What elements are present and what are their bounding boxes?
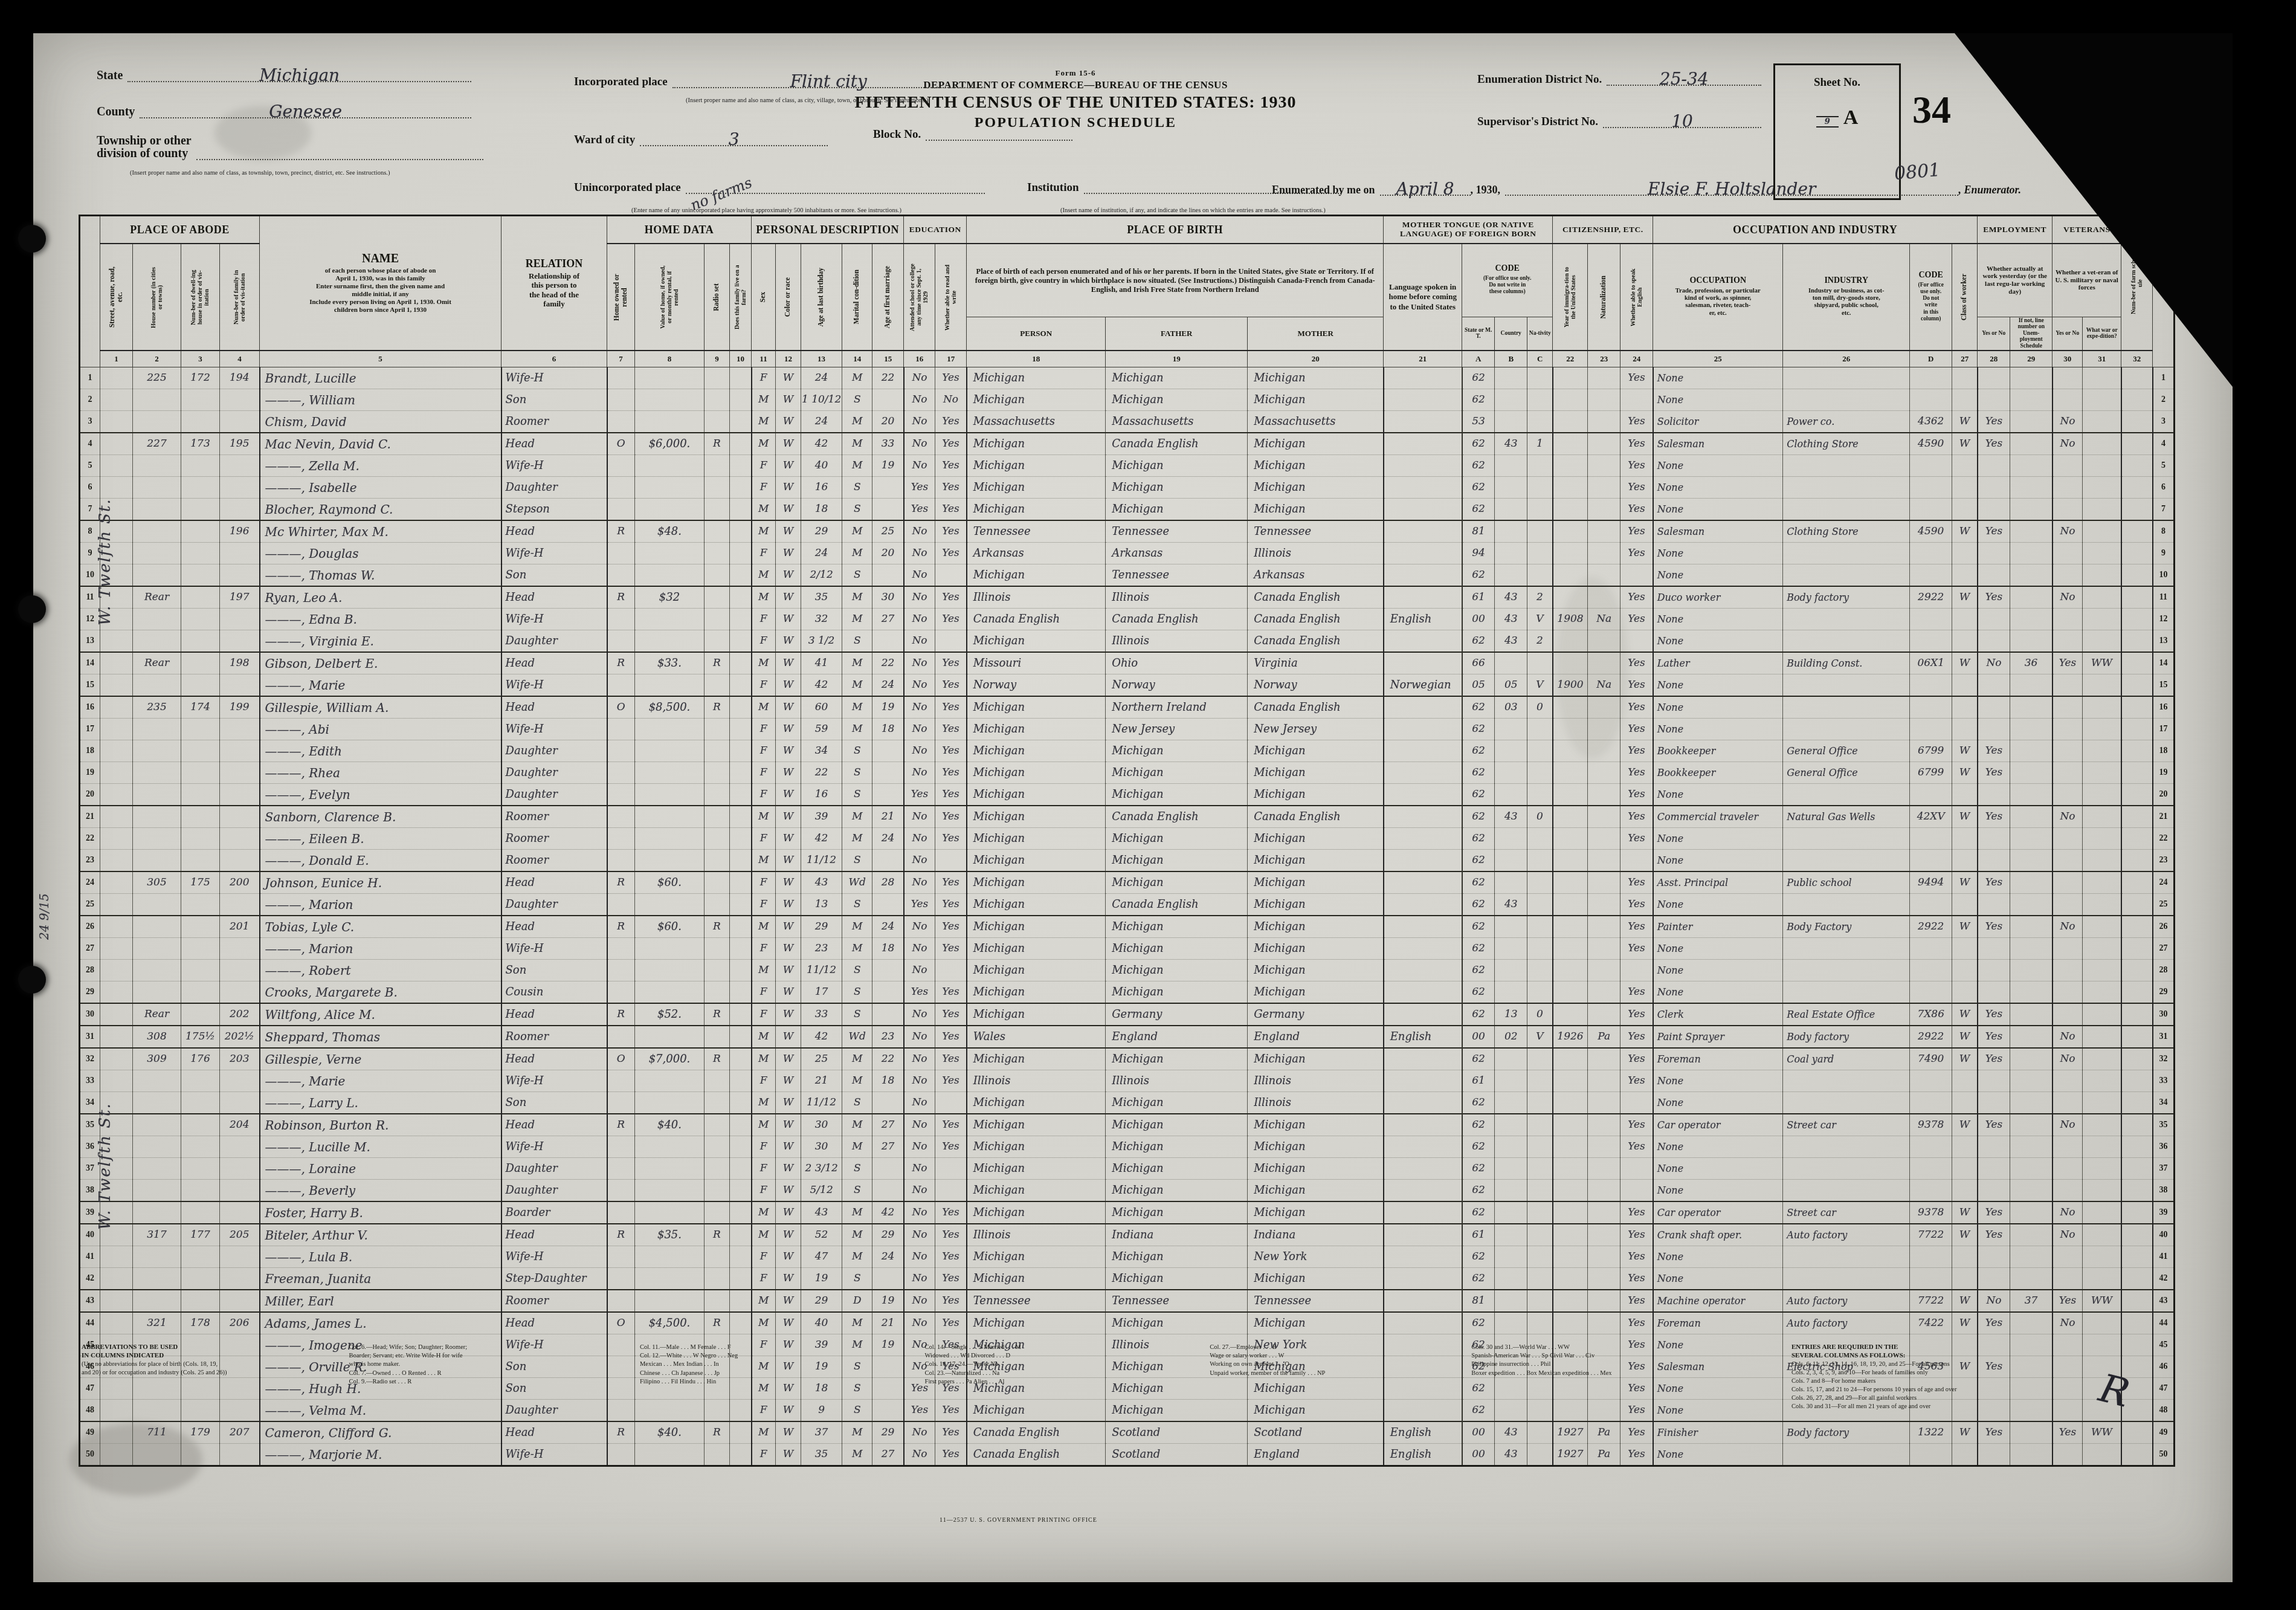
cell-farm	[730, 1136, 752, 1158]
cell-code-nativity	[1527, 1312, 1553, 1334]
header-cell: 13	[801, 351, 842, 367]
cell-code-nativity: 0	[1527, 806, 1553, 828]
cell-farm-schedule	[2121, 652, 2153, 674]
cell-marital-condition: M	[842, 520, 872, 543]
cell-employment-line	[2010, 740, 2053, 762]
cell-code-occupation	[1910, 564, 1952, 587]
cell-speaks-english	[1620, 960, 1653, 981]
cell-family-number: 195	[220, 433, 260, 455]
cell-street	[100, 1444, 133, 1466]
cell-birthplace-father: Arkansas	[1106, 543, 1248, 564]
cell-year-immigration	[1553, 1268, 1588, 1290]
cell-birthplace-mother: Virginia	[1248, 652, 1384, 674]
cell-occupation: None	[1653, 477, 1783, 499]
cell-marital-condition: M	[842, 455, 872, 477]
cell-radio-set	[705, 806, 730, 828]
cell-marital-condition: S	[842, 499, 872, 521]
header-cell: 12	[776, 351, 801, 367]
cell-read-write	[935, 1092, 967, 1114]
cell-home-owned-rented	[607, 499, 635, 521]
cell-occupation: Finisher	[1653, 1421, 1783, 1444]
cell-age-first-marriage	[872, 894, 904, 916]
cell-class-of-worker	[1952, 367, 1978, 389]
cell-attended-school: Yes	[904, 894, 935, 916]
header-cell: 14	[842, 351, 872, 367]
cell-code-occupation	[1910, 696, 1952, 719]
cell-age: 43	[801, 871, 842, 894]
cell-name: Mac Nevin, David C.	[260, 433, 501, 455]
cell-mother-tongue	[1384, 1180, 1462, 1202]
cell-age-first-marriage: 22	[872, 652, 904, 674]
header-cell: 7	[607, 351, 635, 367]
cell-read-write: Yes	[935, 1444, 967, 1466]
cell-radio-set	[705, 1201, 730, 1224]
cell-home-owned-rented	[607, 1070, 635, 1092]
cell-naturalization	[1588, 477, 1620, 499]
cell-farm	[730, 455, 752, 477]
cell-sex: F	[752, 1246, 776, 1268]
cell-radio-set	[705, 1136, 730, 1158]
township-label: Township or other division of county	[97, 135, 192, 160]
cell-house-number	[133, 1268, 181, 1290]
cell-industry	[1783, 960, 1910, 981]
cell-code-occupation	[1910, 981, 1952, 1004]
cell-birthplace-mother: Michigan	[1248, 938, 1384, 960]
cell-speaks-english: Yes	[1620, 433, 1653, 455]
cell-marital-condition: M	[842, 938, 872, 960]
cell-occupation: None	[1653, 543, 1783, 564]
header-cell: What war or expe-dition?	[2083, 317, 2121, 351]
cell-age: 23	[801, 938, 842, 960]
cell-birthplace-father: Michigan	[1106, 762, 1248, 784]
cell-home-owned-rented	[607, 1136, 635, 1158]
cell-class-of-worker	[1952, 630, 1978, 653]
footer-block: Cols. 30 and 31.—World War . . . WWSpani…	[1471, 1343, 1776, 1412]
cell-marital-condition: M	[842, 674, 872, 697]
cell-birthplace-father: Michigan	[1106, 1158, 1248, 1180]
cell-veteran-yes-no: No	[2053, 1312, 2083, 1334]
cell-year-immigration	[1553, 652, 1588, 674]
cell-radio-set	[705, 871, 730, 894]
cell-age: 42	[801, 828, 842, 850]
cell-veteran-war	[2083, 630, 2121, 653]
cell-age-first-marriage: 23	[872, 1026, 904, 1048]
census-row: 34———, Larry L.SonMW11/12SNoMichiganMich…	[80, 1092, 2175, 1114]
line-number: 26	[2153, 916, 2175, 938]
cell-age: 24	[801, 543, 842, 564]
cell-home-owned-rented: R	[607, 652, 635, 674]
cell-age: 17	[801, 981, 842, 1004]
cell-employment-yes-no	[1978, 894, 2010, 916]
cell-birthplace-person: Michigan	[967, 477, 1106, 499]
line-number: 16	[80, 696, 100, 719]
cell-color-race: W	[776, 960, 801, 981]
cell-color-race: W	[776, 1048, 801, 1070]
cell-relation: Daughter	[501, 477, 607, 499]
cell-house-number	[133, 784, 181, 806]
cell-industry: General Office	[1783, 762, 1910, 784]
cell-name: Ryan, Leo A.	[260, 586, 501, 609]
cell-farm	[730, 784, 752, 806]
cell-farm	[730, 696, 752, 719]
cell-veteran-war	[2083, 740, 2121, 762]
cell-code-state: 62	[1462, 499, 1495, 521]
cell-occupation: None	[1653, 1444, 1783, 1466]
schedule-table-wrap: PLACE OF ABODENAMEof each person whose p…	[79, 215, 2175, 1467]
cell-birthplace-person: Michigan	[967, 1246, 1106, 1268]
cell-code-state: 62	[1462, 762, 1495, 784]
cell-mother-tongue	[1384, 499, 1462, 521]
cell-code-country	[1495, 1201, 1527, 1224]
cell-dwelling-number	[181, 652, 220, 674]
cell-family-number	[220, 806, 260, 828]
cell-mother-tongue	[1384, 1048, 1462, 1070]
cell-age-first-marriage	[872, 564, 904, 587]
cell-veteran-yes-no: No	[2053, 806, 2083, 828]
cell-dwelling-number	[181, 806, 220, 828]
cell-code-country: 43	[1495, 630, 1527, 653]
cell-class-of-worker	[1952, 828, 1978, 850]
cell-birthplace-father: Michigan	[1106, 499, 1248, 521]
cell-marital-condition: M	[842, 433, 872, 455]
cell-dwelling-number: 177	[181, 1224, 220, 1246]
cell-dwelling-number	[181, 719, 220, 740]
cell-house-number	[133, 1114, 181, 1136]
cell-sex: F	[752, 367, 776, 389]
cell-birthplace-person: Michigan	[967, 1312, 1106, 1334]
census-row: 40317177205Biteler, Arthur V.HeadR$35.RM…	[80, 1224, 2175, 1246]
unincorporated-label: Unincorporated place	[574, 182, 681, 194]
cell-code-occupation	[1910, 1092, 1952, 1114]
cell-speaks-english	[1620, 389, 1653, 411]
cell-family-number	[220, 1158, 260, 1180]
cell-age: 52	[801, 1224, 842, 1246]
cell-age: 11/12	[801, 850, 842, 872]
cell-occupation: Clerk	[1653, 1003, 1783, 1026]
cell-veteran-yes-no	[2053, 696, 2083, 719]
cell-birthplace-father: Illinois	[1106, 630, 1248, 653]
cell-code-occupation	[1910, 1158, 1952, 1180]
cell-farm-schedule	[2121, 1421, 2153, 1444]
cell-color-race: W	[776, 740, 801, 762]
header-cell: 30	[2053, 351, 2083, 367]
cell-class-of-worker	[1952, 696, 1978, 719]
cell-code-nativity	[1527, 1048, 1553, 1070]
cell-code-occupation	[1910, 719, 1952, 740]
cell-family-number: 205	[220, 1224, 260, 1246]
cell-birthplace-father: Michigan	[1106, 1048, 1248, 1070]
cell-employment-line	[2010, 586, 2053, 609]
header-cell: Age at last birthday	[801, 244, 842, 351]
cell-house-number: 227	[133, 433, 181, 455]
cell-naturalization	[1588, 520, 1620, 543]
cell-birthplace-father: Michigan	[1106, 828, 1248, 850]
cell-code-occupation: 42XV	[1910, 806, 1952, 828]
sheet-number-box: Sheet No. 9A	[1773, 63, 1901, 200]
cell-name: ———, Robert	[260, 960, 501, 981]
cell-relation: Head	[501, 1421, 607, 1444]
cell-age-first-marriage	[872, 762, 904, 784]
cell-employment-line	[2010, 1048, 2053, 1070]
cell-home-value	[635, 1092, 705, 1114]
header-cell: PLACE OF ABODE	[100, 216, 260, 244]
cell-radio-set	[705, 609, 730, 630]
cell-age-first-marriage	[872, 740, 904, 762]
cell-relation: Son	[501, 389, 607, 411]
cell-farm-schedule	[2121, 1136, 2153, 1158]
cell-industry: Auto factory	[1783, 1224, 1910, 1246]
cell-veteran-yes-no	[2053, 543, 2083, 564]
cell-marital-condition: M	[842, 828, 872, 850]
cell-birthplace-father: Michigan	[1106, 938, 1248, 960]
cell-name: Sheppard, Thomas	[260, 1026, 501, 1048]
cell-birthplace-mother: Michigan	[1248, 1136, 1384, 1158]
cell-birthplace-person: Arkansas	[967, 543, 1106, 564]
cell-year-immigration	[1553, 784, 1588, 806]
census-row: 1225172194Brandt, LucilleWife-HFW24M22No…	[80, 367, 2175, 389]
cell-veteran-war	[2083, 411, 2121, 433]
cell-read-write: Yes	[935, 916, 967, 938]
census-row: 24305175200Johnson, Eunice H.HeadR$60.FW…	[80, 871, 2175, 894]
cell-relation: Roomer	[501, 1026, 607, 1048]
cell-speaks-english: Yes	[1620, 1201, 1653, 1224]
header-cell: Class of worker	[1952, 244, 1978, 351]
county-value: Genesee	[269, 102, 342, 121]
cell-class-of-worker	[1952, 1070, 1978, 1092]
cell-home-value	[635, 411, 705, 433]
cell-name: ———, Lucille M.	[260, 1136, 501, 1158]
cell-farm-schedule	[2121, 586, 2153, 609]
cell-year-immigration	[1553, 1070, 1588, 1092]
cell-occupation: None	[1653, 455, 1783, 477]
census-row: 2———, WilliamSonMW1 10/12SNoNoMichiganMi…	[80, 389, 2175, 411]
cell-employment-line	[2010, 411, 2053, 433]
header-cell: Yes or No	[2053, 317, 2083, 351]
cell-sex: F	[752, 455, 776, 477]
cell-sex: M	[752, 499, 776, 521]
cell-veteran-yes-no	[2053, 960, 2083, 981]
cell-attended-school: No	[904, 1136, 935, 1158]
cell-birthplace-father: Michigan	[1106, 455, 1248, 477]
cell-sex: F	[752, 740, 776, 762]
cell-home-owned-rented	[607, 719, 635, 740]
cell-color-race: W	[776, 1268, 801, 1290]
cell-relation: Wife-H	[501, 543, 607, 564]
cell-dwelling-number: 174	[181, 696, 220, 719]
cell-radio-set: R	[705, 1003, 730, 1026]
cell-age: 5/12	[801, 1180, 842, 1202]
cell-age: 21	[801, 1070, 842, 1092]
cell-employment-line	[2010, 1180, 2053, 1202]
cell-color-race: W	[776, 477, 801, 499]
cell-radio-set	[705, 1070, 730, 1092]
cell-family-number	[220, 1290, 260, 1312]
sheet-letter: A	[1843, 106, 1859, 129]
cell-age: 32	[801, 609, 842, 630]
cell-mother-tongue	[1384, 389, 1462, 411]
cell-occupation: None	[1653, 1136, 1783, 1158]
cell-speaks-english: Yes	[1620, 543, 1653, 564]
cell-industry	[1783, 499, 1910, 521]
cell-birthplace-mother: Scotland	[1248, 1421, 1384, 1444]
cell-sex: M	[752, 696, 776, 719]
cell-birthplace-person: Michigan	[967, 630, 1106, 653]
cell-house-number	[133, 1092, 181, 1114]
cell-speaks-english: Yes	[1620, 1312, 1653, 1334]
cell-code-occupation	[1910, 894, 1952, 916]
cell-home-owned-rented	[607, 543, 635, 564]
cell-veteran-yes-no	[2053, 1158, 2083, 1180]
cell-attended-school: No	[904, 1312, 935, 1334]
cell-veteran-war: WW	[2083, 1290, 2121, 1312]
cell-dwelling-number	[181, 784, 220, 806]
cell-relation: Head	[501, 586, 607, 609]
county-label: County	[97, 106, 135, 118]
cell-attended-school: No	[904, 433, 935, 455]
cell-employment-line	[2010, 894, 2053, 916]
cell-employment-line	[2010, 1158, 2053, 1180]
cell-occupation: Paint Sprayer	[1653, 1026, 1783, 1048]
line-number: 20	[80, 784, 100, 806]
cell-speaks-english: Yes	[1620, 586, 1653, 609]
cell-marital-condition: S	[842, 1180, 872, 1202]
header-cell: 19	[1106, 351, 1248, 367]
cell-house-number: 235	[133, 696, 181, 719]
cell-mother-tongue	[1384, 916, 1462, 938]
cell-age-first-marriage: 22	[872, 367, 904, 389]
cell-birthplace-mother: Canada English	[1248, 806, 1384, 828]
cell-farm-schedule	[2121, 806, 2153, 828]
cell-read-write: Yes	[935, 696, 967, 719]
cell-birthplace-person: Michigan	[967, 389, 1106, 411]
cell-code-state: 62	[1462, 916, 1495, 938]
cell-street	[100, 1421, 133, 1444]
cell-employment-yes-no	[1978, 477, 2010, 499]
cell-color-race: W	[776, 609, 801, 630]
cell-veteran-yes-no: No	[2053, 1114, 2083, 1136]
header-cell: MOTHER	[1248, 317, 1384, 351]
cell-birthplace-person: Michigan	[967, 1114, 1106, 1136]
cell-street	[100, 652, 133, 674]
cell-year-immigration	[1553, 630, 1588, 653]
cell-occupation: None	[1653, 367, 1783, 389]
cell-house-number	[133, 850, 181, 872]
cell-code-state: 62	[1462, 477, 1495, 499]
census-row: 3Chism, DavidRoomerMW24M20NoYesMassachus…	[80, 411, 2175, 433]
cell-radio-set	[705, 520, 730, 543]
cell-veteran-yes-no: No	[2053, 433, 2083, 455]
cell-farm	[730, 828, 752, 850]
cell-birthplace-mother: Canada English	[1248, 609, 1384, 630]
cell-name: ———, Edna B.	[260, 609, 501, 630]
census-row: 15———, MarieWife-HFW42M24NoYesNorwayNorw…	[80, 674, 2175, 697]
cell-name: ———, Beverly	[260, 1180, 501, 1202]
cell-birthplace-person: Michigan	[967, 719, 1106, 740]
cell-occupation: None	[1653, 1268, 1783, 1290]
cell-color-race: W	[776, 411, 801, 433]
cell-radio-set	[705, 1444, 730, 1466]
cell-color-race: W	[776, 850, 801, 872]
cell-house-number	[133, 1246, 181, 1268]
ward-value: 3	[729, 129, 740, 149]
cell-code-state: 62	[1462, 564, 1495, 587]
line-number: 25	[80, 894, 100, 916]
cell-employment-yes-no: Yes	[1978, 520, 2010, 543]
cell-read-write: Yes	[935, 674, 967, 697]
cell-dwelling-number	[181, 564, 220, 587]
cell-color-race: W	[776, 586, 801, 609]
cell-farm	[730, 674, 752, 697]
cell-marital-condition: S	[842, 762, 872, 784]
cell-occupation: Salesman	[1653, 433, 1783, 455]
cell-relation: Step-Daughter	[501, 1268, 607, 1290]
cell-attended-school: Yes	[904, 784, 935, 806]
cell-industry	[1783, 1070, 1910, 1092]
cell-birthplace-person: Michigan	[967, 828, 1106, 850]
cell-occupation: None	[1653, 960, 1783, 981]
header-cell: C	[1527, 351, 1553, 367]
cell-farm-schedule	[2121, 1268, 2153, 1290]
cell-birthplace-person: Illinois	[967, 1070, 1106, 1092]
header-cell: Whether actually at work yesterday (or t…	[1978, 244, 2053, 317]
header-cell	[80, 216, 100, 367]
cell-home-owned-rented	[607, 411, 635, 433]
cell-read-write: Yes	[935, 981, 967, 1004]
cell-home-value	[635, 1444, 705, 1466]
cell-color-race: W	[776, 828, 801, 850]
cell-employment-line	[2010, 455, 2053, 477]
cell-code-state: 62	[1462, 1201, 1495, 1224]
cell-farm-schedule	[2121, 938, 2153, 960]
cell-family-number: 203	[220, 1048, 260, 1070]
cell-farm-schedule	[2121, 871, 2153, 894]
cell-year-immigration	[1553, 1246, 1588, 1268]
cell-employment-yes-no: Yes	[1978, 916, 2010, 938]
cell-industry	[1783, 894, 1910, 916]
header-cell: Language spoken in home before coming to…	[1384, 244, 1462, 351]
cell-read-write: Yes	[935, 1224, 967, 1246]
cell-read-write: Yes	[935, 411, 967, 433]
cell-dwelling-number	[181, 389, 220, 411]
cell-naturalization	[1588, 1048, 1620, 1070]
cell-home-value: $52.	[635, 1003, 705, 1026]
line-number: 49	[80, 1421, 100, 1444]
cell-color-race: W	[776, 1070, 801, 1092]
cell-occupation: None	[1653, 828, 1783, 850]
line-number: 28	[2153, 960, 2175, 981]
cell-class-of-worker: W	[1952, 1003, 1978, 1026]
cell-veteran-yes-no	[2053, 762, 2083, 784]
cell-sex: M	[752, 1026, 776, 1048]
line-number: 32	[2153, 1048, 2175, 1070]
cell-code-state: 62	[1462, 894, 1495, 916]
cell-attended-school: No	[904, 609, 935, 630]
cell-class-of-worker	[1952, 1136, 1978, 1158]
cell-employment-line	[2010, 543, 2053, 564]
cell-dwelling-number	[181, 520, 220, 543]
cell-home-value	[635, 630, 705, 653]
cell-naturalization: Pa	[1588, 1444, 1620, 1466]
cell-farm-schedule	[2121, 477, 2153, 499]
cell-speaks-english: Yes	[1620, 1444, 1653, 1466]
cell-veteran-war	[2083, 894, 2121, 916]
cell-employment-yes-no	[1978, 1268, 2010, 1290]
cell-home-owned-rented	[607, 1201, 635, 1224]
line-number: 23	[80, 850, 100, 872]
cell-marital-condition: Wd	[842, 871, 872, 894]
cell-marital-condition: M	[842, 1201, 872, 1224]
cell-birthplace-mother: Canada English	[1248, 630, 1384, 653]
